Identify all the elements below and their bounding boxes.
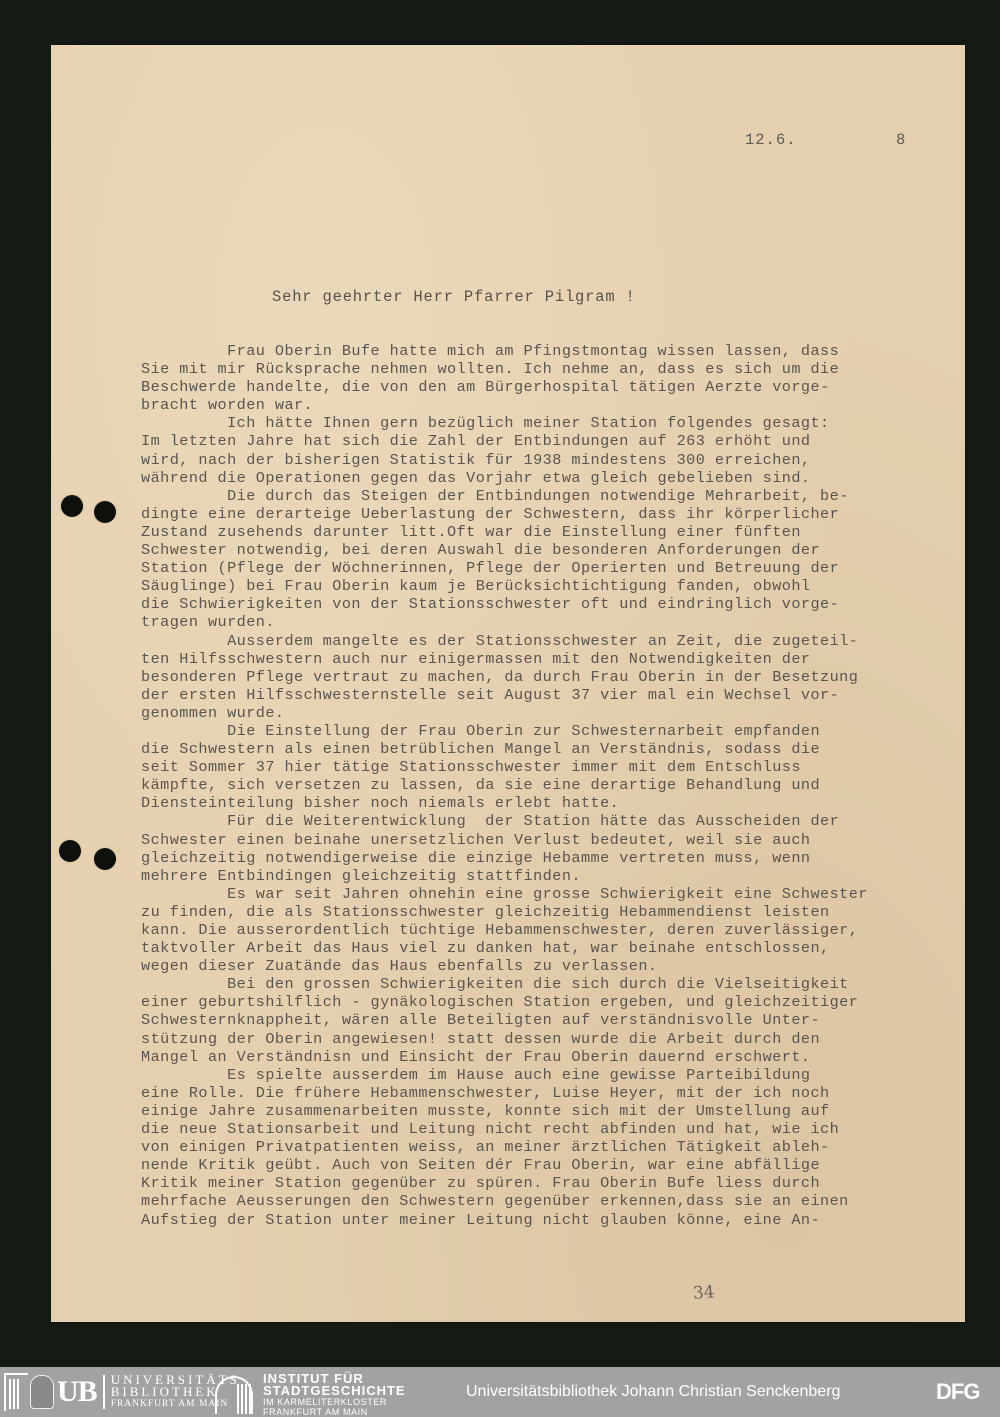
text-line: Diensteinteilung bisher noch niemals erl… <box>141 794 961 812</box>
text-line: seit Sommer 37 hier tätige Stationsschwe… <box>141 758 961 776</box>
text-line: wegen dieser Zuatände das Haus ebenfalls… <box>141 957 961 975</box>
salutation: Sehr geehrter Herr Pfarrer Pilgram ! <box>272 288 636 306</box>
handwritten-folio-number: 34 <box>692 1282 715 1303</box>
text-line: Mangel an Verständnisn und Einsicht der … <box>141 1048 961 1066</box>
text-line: Für die Weiterentwicklung der Station hä… <box>141 812 961 830</box>
text-line: gleichzeitig notwendigerweise die einzig… <box>141 849 961 867</box>
building-icon <box>4 1373 28 1411</box>
text-line: nende Kritik geübt. Auch von Seiten dér … <box>141 1156 961 1174</box>
text-line: Station (Pflege der Wöchnerinnen, Pflege… <box>141 559 961 577</box>
text-line: Ich hätte Ihnen gern bezüglich meiner St… <box>141 414 961 432</box>
text-line: Sie mit mir Rücksprache nehmen wollten. … <box>141 360 961 378</box>
footer-bar: UB UNIVERSITÄTS BIBLIOTHEK FRANKFURT AM … <box>0 1367 1000 1417</box>
text-line: Ausserdem mangelte es der Stationsschwes… <box>141 632 961 650</box>
text-line: eine Rolle. Die frühere Hebammenschweste… <box>141 1084 961 1102</box>
ub-logo[interactable]: UB UNIVERSITÄTS BIBLIOTHEK FRANKFURT AM … <box>4 1373 240 1411</box>
text-line: bracht worden war. <box>141 396 961 414</box>
text-line: der ersten Hilfsschwesternstelle seit Au… <box>141 686 961 704</box>
letter-date: 12.6. <box>745 131 797 149</box>
footer-title[interactable]: Universitätsbibliothek Johann Christian … <box>466 1383 840 1401</box>
text-line: Säuglinge) bei Frau Oberin kaum je Berüc… <box>141 577 961 595</box>
text-line: die Schwierigkeiten von der Stationsschw… <box>141 595 961 613</box>
text-line: während die Operationen gegen das Vorjah… <box>141 469 961 487</box>
text-line: Aufstieg der Station unter meiner Leitun… <box>141 1211 961 1229</box>
isg-line-3: IM KARMELITERKLOSTER <box>263 1397 406 1407</box>
page-number: 8 <box>896 131 906 149</box>
punch-hole <box>61 495 83 517</box>
text-line: Frau Oberin Bufe hatte mich am Pfingstmo… <box>141 342 961 360</box>
text-line: mehrere Entbindingen gleichzeitig stattf… <box>141 867 961 885</box>
text-line: zu finden, die als Stationsschwester gle… <box>141 903 961 921</box>
text-line: stützung der Oberin angewiesen! statt de… <box>141 1030 961 1048</box>
text-line: genommen wurde. <box>141 704 961 722</box>
text-line: taktvoller Arbeit das Haus viel zu danke… <box>141 939 961 957</box>
logo-divider <box>103 1375 105 1409</box>
isg-line-2: STADTGESCHICHTE <box>263 1385 406 1397</box>
punch-hole <box>59 840 81 862</box>
punch-hole <box>94 848 116 870</box>
isg-logo[interactable]: INSTITUT FÜR STADTGESCHICHTE IM KARMELIT… <box>215 1373 406 1417</box>
text-line: tragen wurden. <box>141 613 961 631</box>
text-line: die Schwestern als einen betrüblichen Ma… <box>141 740 961 758</box>
text-line: Es war seit Jahren ohnehin eine grosse S… <box>141 885 961 903</box>
letter-body: Frau Oberin Bufe hatte mich am Pfingstmo… <box>141 342 961 1229</box>
text-line: Bei den grossen Schwierigkeiten die sich… <box>141 975 961 993</box>
text-line: besonderen Pflege vertraut zu machen, da… <box>141 668 961 686</box>
text-line: Beschwerde handelte, die von den am Bürg… <box>141 378 961 396</box>
text-line: kann. Die ausserordentlich tüchtige Heba… <box>141 921 961 939</box>
text-line: Die Einstellung der Frau Oberin zur Schw… <box>141 722 961 740</box>
arch-icon <box>215 1376 253 1414</box>
text-line: Schwester einen beinahe unersetzlichen V… <box>141 831 961 849</box>
text-line: kämpfte, sich versetzen zu lassen, da si… <box>141 776 961 794</box>
text-line: Schwester notwendig, bei deren Auswahl d… <box>141 541 961 559</box>
text-line: Zustand zusehends darunter litt.Oft war … <box>141 523 961 541</box>
text-line: einer geburtshilflich - gynäkologischen … <box>141 993 961 1011</box>
text-line: Die durch das Steigen der Entbindungen n… <box>141 487 961 505</box>
text-line: Es spielte ausserdem im Hause auch eine … <box>141 1066 961 1084</box>
isg-line-4: FRANKFURT AM MAIN <box>263 1407 406 1417</box>
text-line: einige Jahre zusammenarbeiten musste, ko… <box>141 1102 961 1120</box>
text-line: dingte eine derarteige Ueberlastung der … <box>141 505 961 523</box>
portrait-icon <box>30 1375 54 1409</box>
text-line: wird, nach der bisherigen Statistik für … <box>141 451 961 469</box>
dfg-logo[interactable]: DFG <box>936 1379 979 1405</box>
text-line: Schwesternknappheit, wären alle Beteilig… <box>141 1011 961 1029</box>
punch-hole <box>94 501 116 523</box>
text-line: Kritik meiner Station gegenüber zu spüre… <box>141 1174 961 1192</box>
text-line: ten Hilfsschwestern auch nur einigermass… <box>141 650 961 668</box>
text-line: die neue Stationsarbeit und Leitung nich… <box>141 1120 961 1138</box>
text-line: mehrfache Aeusserungen den Schwestern ge… <box>141 1192 961 1210</box>
ub-letters: UB <box>57 1375 97 1409</box>
text-line: Im letzten Jahre hat sich die Zahl der E… <box>141 432 961 450</box>
text-line: von einigen Privatpatienten weiss, an me… <box>141 1138 961 1156</box>
